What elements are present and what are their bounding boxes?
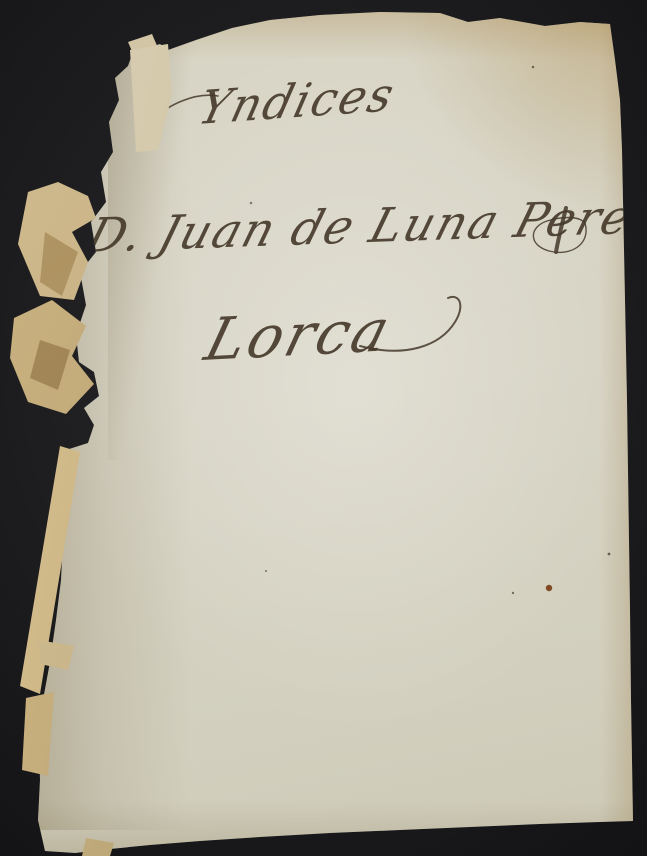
speck	[532, 66, 535, 69]
speck	[608, 553, 611, 556]
photo-background: Yndices D. Juan de Luna Perez Lorca	[0, 0, 647, 856]
speck	[265, 570, 267, 572]
speck	[512, 592, 514, 594]
speck	[250, 202, 253, 205]
rust-stain-spot	[546, 585, 552, 591]
handwritten-title: Yndices	[193, 68, 401, 136]
document-page: Yndices D. Juan de Luna Perez Lorca	[0, 0, 647, 856]
handwriting-layer: Yndices D. Juan de Luna Perez Lorca	[0, 0, 647, 856]
handwritten-place: Lorca	[197, 297, 399, 375]
